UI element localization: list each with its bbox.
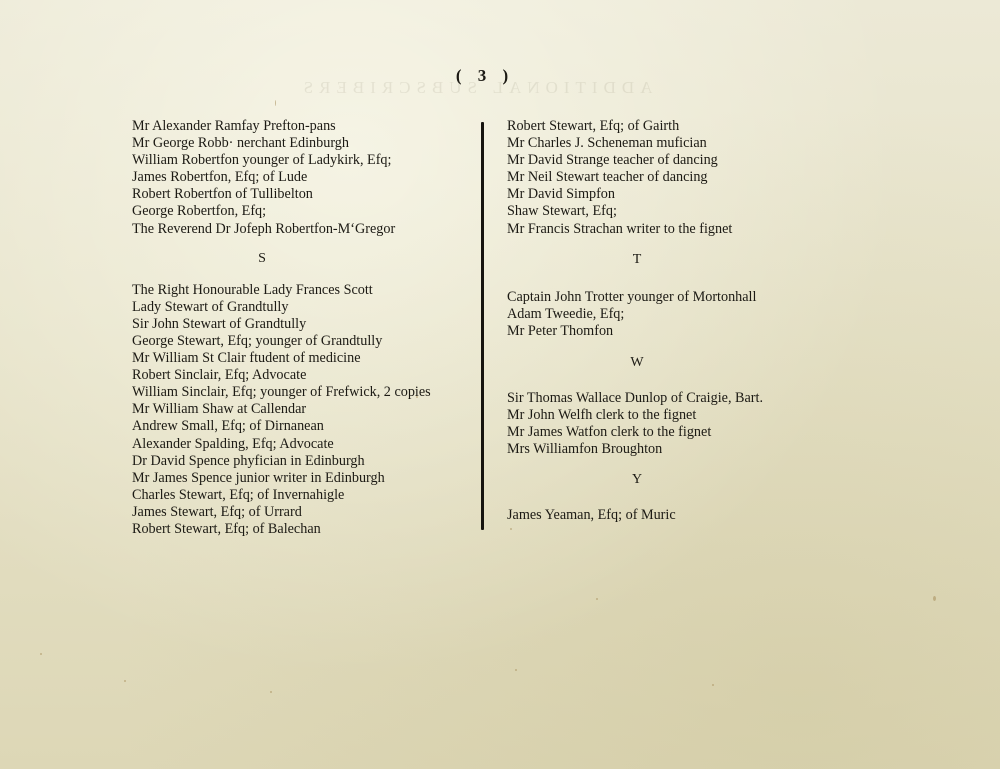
paper-speck (933, 596, 936, 601)
page-number: ( 3 ) (455, 66, 515, 86)
subscriber-entry: Robert Sinclair, Efq; Advocate (132, 367, 472, 384)
subscriber-entry: Mr James Watfon clerk to the fignet (507, 424, 807, 441)
subscriber-entry: Mr William Shaw at Callendar (132, 401, 472, 418)
subscriber-entry: Robert Stewart, Efq; of Gairth (507, 118, 807, 135)
subscriber-entry: Lady Stewart of Grandtully (132, 299, 472, 316)
left-column: Mr Alexander Ramfay Prefton-pans Mr Geor… (132, 118, 472, 538)
subscriber-entry: Robert Robertfon of Tullibelton (132, 186, 472, 203)
subscriber-entry: Charles Stewart, Efq; of Invernahigle (132, 487, 472, 504)
section-heading-t: T (507, 251, 767, 268)
subscriber-entry: Adam Tweedie, Efq; (507, 306, 807, 323)
subscriber-entry: Mrs Williamfon Broughton (507, 441, 807, 458)
paper-speck (515, 669, 517, 671)
subscriber-entry: The Right Honourable Lady Frances Scott (132, 282, 472, 299)
subscriber-entry: William Robertfon younger of Ladykirk, E… (132, 152, 472, 169)
subscriber-entry: Sir John Stewart of Grandtully (132, 316, 472, 333)
paper-speck (596, 598, 598, 600)
subscriber-entry: Mr Neil Stewart teacher of dancing (507, 169, 807, 186)
subscriber-entry: Shaw Stewart, Efq; (507, 203, 807, 220)
subscriber-entry: Mr Alexander Ramfay Prefton-pans (132, 118, 472, 135)
subscriber-entry: Mr David Simpfon (507, 186, 807, 203)
paper-speck (510, 528, 512, 530)
subscriber-entry: Robert Stewart, Efq; of Balechan (132, 521, 472, 538)
subscriber-entry: James Yeaman, Efq; of Muric (507, 507, 807, 524)
subscriber-entry: Mr William St Clair ftudent of medicine (132, 350, 472, 367)
subscriber-entry: James Stewart, Efq; of Urrard (132, 504, 472, 521)
section-heading-s: S (132, 250, 392, 267)
subscriber-entry: Mr Charles J. Scheneman mufician (507, 135, 807, 152)
subscriber-entry: Mr Peter Thomfon (507, 323, 807, 340)
subscriber-entry: Mr James Spence junior writer in Edinbur… (132, 470, 472, 487)
paper-speck (275, 100, 276, 106)
subscriber-entry: Alexander Spalding, Efq; Advocate (132, 436, 472, 453)
subscriber-entry: Mr David Strange teacher of dancing (507, 152, 807, 169)
section-heading-w: W (507, 354, 767, 371)
subscriber-entry: Dr David Spence phyfician in Edinburgh (132, 453, 472, 470)
paper-speck (712, 684, 714, 686)
paper-speck (270, 691, 272, 693)
subscriber-entry: The Reverend Dr Jofeph Robertfon-M‘Grego… (132, 221, 472, 238)
right-column: Robert Stewart, Efq; of Gairth Mr Charle… (507, 118, 807, 524)
subscriber-entry: Captain John Trotter younger of Mortonha… (507, 289, 807, 306)
subscriber-entry: Sir Thomas Wallace Dunlop of Craigie, Ba… (507, 390, 807, 407)
subscriber-entry: William Sinclair, Efq; younger of Frefwi… (132, 384, 472, 401)
subscriber-entry: Mr George Robb· nerchant Edinburgh (132, 135, 472, 152)
section-heading-y: Y (507, 471, 767, 488)
paper-speck (40, 653, 42, 655)
subscriber-entry: George Robertfon, Efq; (132, 203, 472, 220)
subscriber-entry: George Stewart, Efq; younger of Grandtul… (132, 333, 472, 350)
column-divider (481, 122, 484, 530)
paper-speck (124, 680, 126, 682)
subscriber-entry: Mr John Welfh clerk to the fignet (507, 407, 807, 424)
subscriber-entry: James Robertfon, Efq; of Lude (132, 169, 472, 186)
subscriber-entry: Mr Francis Strachan writer to the fignet (507, 221, 807, 238)
subscriber-entry: Andrew Small, Efq; of Dirnanean (132, 418, 472, 435)
